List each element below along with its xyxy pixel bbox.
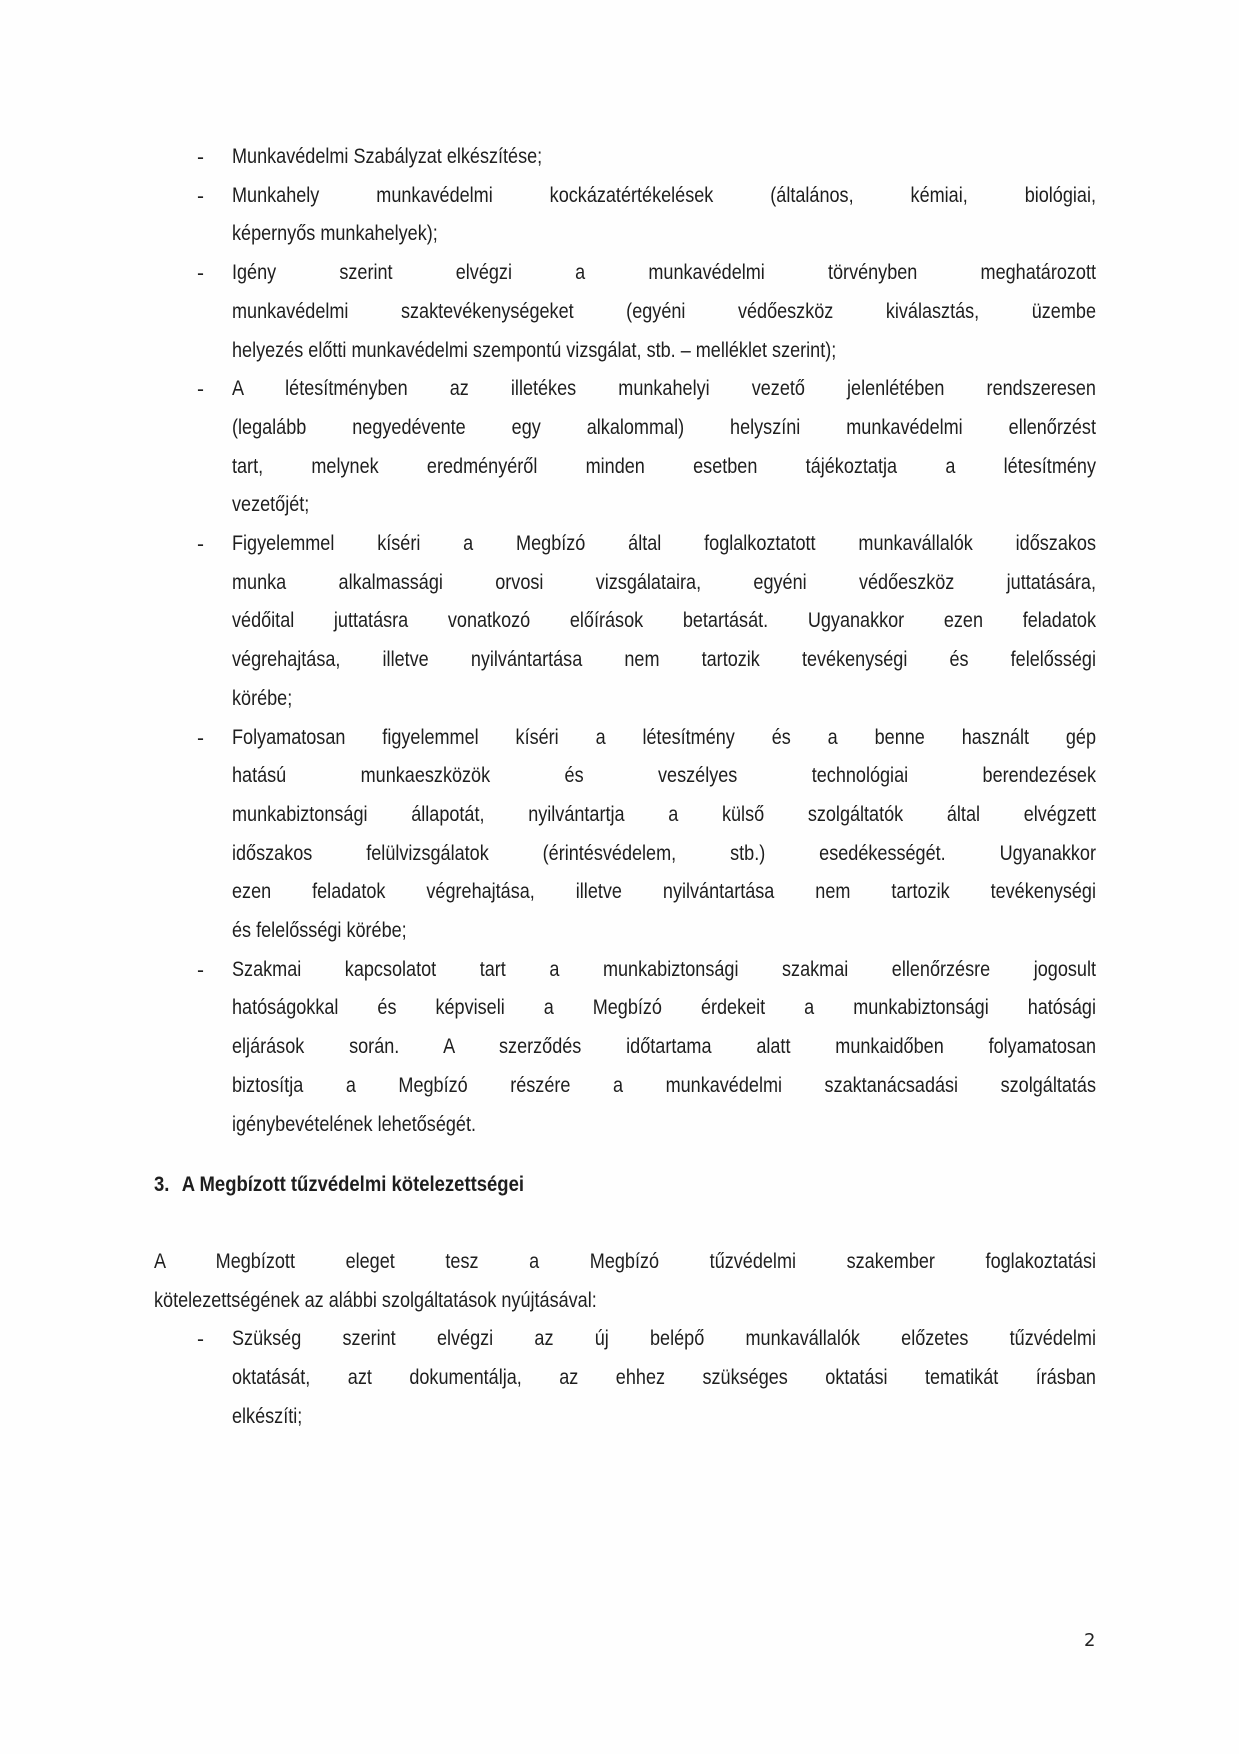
text-line: Szükség szerint elvégzi az új belépő mun… <box>232 1325 1096 1353</box>
page-number: 2 <box>1084 1630 1095 1651</box>
list-item-line: védőital juttatásra vonatkozó előírások … <box>232 607 1096 635</box>
list-item-line: Folyamatosan figyelemmel kíséri a létesí… <box>232 724 1096 752</box>
list-item-line: végrehajtása, illetve nyilvántartása nem… <box>232 646 1096 674</box>
text-line: hatású munkaeszközök és veszélyes techno… <box>232 762 1096 790</box>
text-line: Folyamatosan figyelemmel kíséri a létesí… <box>232 724 1096 752</box>
list-item-line: elkészíti; <box>232 1403 1096 1431</box>
text-line: és felelősségi körébe; <box>232 917 1096 945</box>
list-item-line: (legalább negyedévente egy alkalommal) h… <box>232 414 1096 442</box>
text-line: végrehajtása, illetve nyilvántartása nem… <box>232 646 1096 674</box>
text-line: ezen feladatok végrehajtása, illetve nyi… <box>232 878 1096 906</box>
bullet-dash: - <box>197 533 209 557</box>
list-item-line: és felelősségi körébe; <box>232 917 1096 945</box>
list-item-line: Szükség szerint elvégzi az új belépő mun… <box>232 1325 1096 1353</box>
text-line: hatóságokkal és képviseli a Megbízó érde… <box>232 994 1096 1022</box>
text-line: igénybevételének lehetőségét. <box>232 1111 1096 1139</box>
list-item-line: körébe; <box>232 685 1096 713</box>
bullet-dash: - <box>197 185 209 209</box>
list-item-line: helyezés előtti munkavédelmi szempontú v… <box>232 337 1096 365</box>
bullet-dash: - <box>197 727 209 751</box>
list-item-line: igénybevételének lehetőségét. <box>232 1111 1096 1139</box>
text-line: Munkahely munkavédelmi kockázatértékelés… <box>232 182 1096 210</box>
text-line: kötelezettségének az alábbi szolgáltatás… <box>154 1287 1096 1315</box>
bullet-dash: - <box>197 146 209 170</box>
list-item-line: oktatását, azt dokumentálja, az ehhez sz… <box>232 1364 1096 1392</box>
bullet-dash: - <box>197 378 209 402</box>
text-line: eljárások során. A szerződés időtartama … <box>232 1033 1096 1061</box>
list-item-line: Szakmai kapcsolatot tart a munkabiztonsá… <box>232 956 1096 984</box>
list-item-line: eljárások során. A szerződés időtartama … <box>232 1033 1096 1061</box>
list-item-line: Igény szerint elvégzi a munkavédelmi tör… <box>232 259 1096 287</box>
list-item-line: Munkahely munkavédelmi kockázatértékelés… <box>232 182 1096 210</box>
text-line: Figyelemmel kíséri a Megbízó által fogla… <box>232 530 1096 558</box>
list-item-line: ezen feladatok végrehajtása, illetve nyi… <box>232 878 1096 906</box>
section-3-heading: 3.A Megbízott tűzvédelmi kötelezettségei <box>154 1171 574 1199</box>
bullet-dash: - <box>197 959 209 983</box>
list-item-line: hatóságokkal és képviseli a Megbízó érde… <box>232 994 1096 1022</box>
document-page: -Munkavédelmi Szabályzat elkészítése;-Mu… <box>0 0 1239 1754</box>
list-item-line: munkavédelmi szaktevékenységeket (egyéni… <box>232 298 1096 326</box>
text-line: munka alkalmassági orvosi vizsgálataira,… <box>232 569 1096 597</box>
list-item-line: biztosítja a Megbízó részére a munkavéde… <box>232 1072 1096 1100</box>
text-line: Munkavédelmi Szabályzat elkészítése; <box>232 143 1096 171</box>
list-item-line: munka alkalmassági orvosi vizsgálataira,… <box>232 569 1096 597</box>
text-line: A létesítményben az illetékes munkahelyi… <box>232 375 1096 403</box>
text-line: tart, melynek eredményéről minden esetbe… <box>232 453 1096 481</box>
text-line: biztosítja a Megbízó részére a munkavéde… <box>232 1072 1096 1100</box>
list-item-line: Figyelemmel kíséri a Megbízó által fogla… <box>232 530 1096 558</box>
text-line: időszakos felülvizsgálatok (érintésvédel… <box>232 840 1096 868</box>
list-item-line: képernyős munkahelyek); <box>232 220 1096 248</box>
text-line: oktatását, azt dokumentálja, az ehhez sz… <box>232 1364 1096 1392</box>
text-line: A Megbízott eleget tesz a Megbízó tűzvéd… <box>154 1248 1096 1276</box>
list-item-line: hatású munkaeszközök és veszélyes techno… <box>232 762 1096 790</box>
list-item-line: munkabiztonsági állapotát, nyilvántartja… <box>232 801 1096 829</box>
list-item-line: Munkavédelmi Szabályzat elkészítése; <box>232 143 1096 171</box>
bullet-dash: - <box>197 262 209 286</box>
text-line: Szakmai kapcsolatot tart a munkabiztonsá… <box>232 956 1096 984</box>
list-item-line: időszakos felülvizsgálatok (érintésvédel… <box>232 840 1096 868</box>
text-line: Igény szerint elvégzi a munkavédelmi tör… <box>232 259 1096 287</box>
paragraph-line: A Megbízott eleget tesz a Megbízó tűzvéd… <box>154 1248 1096 1276</box>
text-line: védőital juttatásra vonatkozó előírások … <box>232 607 1096 635</box>
paragraph-line: kötelezettségének az alábbi szolgáltatás… <box>154 1287 1096 1315</box>
text-line: munkavédelmi szaktevékenységeket (egyéni… <box>232 298 1096 326</box>
list-item-line: tart, melynek eredményéről minden esetbe… <box>232 453 1096 481</box>
text-line: (legalább negyedévente egy alkalommal) h… <box>232 414 1096 442</box>
text-line: képernyős munkahelyek); <box>232 220 1096 248</box>
list-item-line: vezetőjét; <box>232 491 1096 519</box>
bullet-dash: - <box>197 1328 209 1352</box>
text-line: vezetőjét; <box>232 491 1096 519</box>
text-line: munkabiztonsági állapotát, nyilvántartja… <box>232 801 1096 829</box>
text-line: helyezés előtti munkavédelmi szempontú v… <box>232 337 1096 365</box>
section-3-title: A Megbízott tűzvédelmi kötelezettségei <box>182 1173 524 1196</box>
section-3-number: 3. <box>154 1173 169 1196</box>
text-line: elkészíti; <box>232 1403 1096 1431</box>
list-item-line: A létesítményben az illetékes munkahelyi… <box>232 375 1096 403</box>
text-line: körébe; <box>232 685 1096 713</box>
